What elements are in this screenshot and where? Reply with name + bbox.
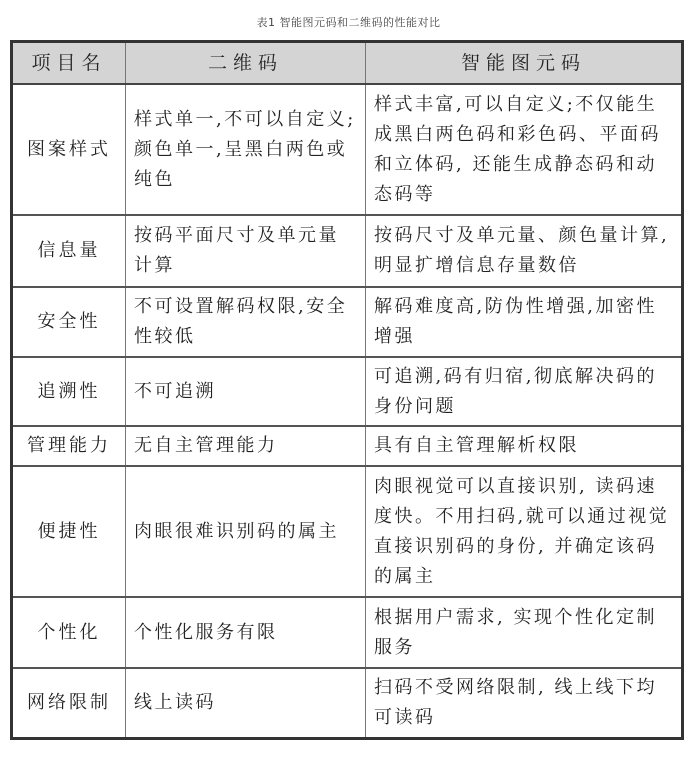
table-row-network-limit: 网络限制 线上读码 扫码不受网络限制, 线上线下均可读码 [12,668,683,739]
comparison-table: 项目名 二维码 智能图元码 图案样式 样式单一,不可以自定义;颜色单一,呈黑白两… [10,40,684,740]
smart-cell: 肉眼视觉可以直接识别, 读码速度快。不用扫码,就可以通过视觉直接识别码的身份, … [366,466,683,597]
qr-cell: 线上读码 [126,668,366,739]
table-row-management: 管理能力 无自主管理能力 具有自主管理解析权限 [12,426,683,466]
smart-cell: 具有自主管理解析权限 [366,426,683,466]
table-row-personalization: 个性化 个性化服务有限 根据用户需求, 实现个性化定制服务 [12,597,683,668]
header-row: 项目名 二维码 智能图元码 [12,42,683,85]
smart-cell: 解码难度高,防伪性增强,加密性增强 [366,287,683,357]
table-row-security: 安全性 不可设置解码权限,安全性较低 解码难度高,防伪性增强,加密性增强 [12,287,683,357]
table-header: 项目名 二维码 智能图元码 [12,42,683,85]
table-row-traceability: 追溯性 不可追溯 可追溯,码有归宿,彻底解决码的身份问题 [12,357,683,426]
qr-cell: 肉眼很难识别码的属主 [126,466,366,597]
qr-cell: 无自主管理能力 [126,426,366,466]
smart-cell: 按码尺寸及单元量、颜色量计算,明显扩增信息存量数倍 [366,215,683,287]
smart-cell: 扫码不受网络限制, 线上线下均可读码 [366,668,683,739]
smart-cell: 样式丰富,可以自定义;不仅能生成黑白两色码和彩色码、平面码和立体码, 还能生成静… [366,84,683,215]
table-body: 图案样式 样式单一,不可以自定义;颜色单一,呈黑白两色或纯色 样式丰富,可以自定… [12,84,683,739]
table-row-convenience: 便捷性 肉眼很难识别码的属主 肉眼视觉可以直接识别, 读码速度快。不用扫码,就可… [12,466,683,597]
row-label: 追溯性 [12,357,126,426]
row-label: 信息量 [12,215,126,287]
row-label: 网络限制 [12,668,126,739]
header-smart-code: 智能图元码 [366,42,683,85]
row-label: 管理能力 [12,426,126,466]
row-label: 便捷性 [12,466,126,597]
qr-cell: 个性化服务有限 [126,597,366,668]
header-qr-code: 二维码 [126,42,366,85]
row-label: 个性化 [12,597,126,668]
qr-cell: 样式单一,不可以自定义;颜色单一,呈黑白两色或纯色 [126,84,366,215]
qr-cell: 不可设置解码权限,安全性较低 [126,287,366,357]
table-row-information-capacity: 信息量 按码平面尺寸及单元量计算 按码尺寸及单元量、颜色量计算,明显扩增信息存量… [12,215,683,287]
qr-cell: 按码平面尺寸及单元量计算 [126,215,366,287]
table-row-pattern-style: 图案样式 样式单一,不可以自定义;颜色单一,呈黑白两色或纯色 样式丰富,可以自定… [12,84,683,215]
qr-cell: 不可追溯 [126,357,366,426]
smart-cell: 可追溯,码有归宿,彻底解决码的身份问题 [366,357,683,426]
row-label: 图案样式 [12,84,126,215]
header-item-name: 项目名 [12,42,126,85]
row-label: 安全性 [12,287,126,357]
smart-cell: 根据用户需求, 实现个性化定制服务 [366,597,683,668]
table-caption: 表1 智能图元码和二维码的性能对比 [0,14,697,30]
